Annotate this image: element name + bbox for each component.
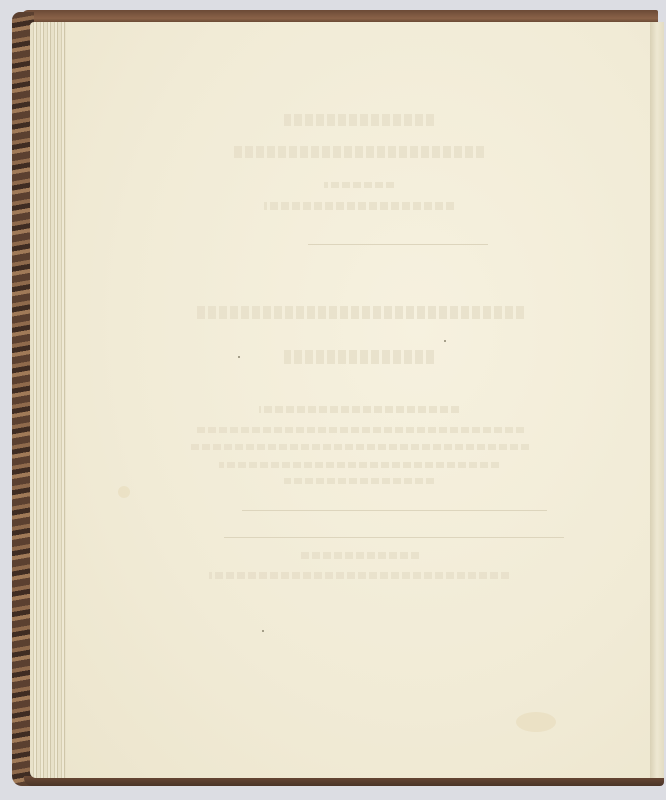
paper-speck [262, 630, 264, 632]
page-right-edge [650, 22, 664, 778]
show-through-author [66, 202, 652, 210]
show-through-line [66, 478, 652, 484]
show-through-line [66, 406, 652, 413]
show-through-imprint [66, 552, 652, 559]
paper-speck [238, 356, 240, 358]
show-through-line [66, 444, 652, 450]
show-through-divider [224, 537, 564, 538]
paper-speck [444, 340, 446, 342]
show-through-imprint [66, 572, 652, 579]
show-through-subtitle [66, 182, 652, 188]
foxing-stain [118, 486, 130, 498]
blank-page [66, 22, 652, 778]
page-block-edges [30, 22, 70, 778]
show-through-large-heading [66, 350, 652, 364]
show-through-heading [66, 306, 652, 319]
show-through-divider [308, 244, 488, 245]
show-through-line [66, 462, 652, 468]
show-through-title-2 [66, 146, 652, 158]
show-through-line [66, 427, 652, 433]
show-through-title-1 [66, 114, 652, 126]
book [0, 0, 666, 800]
show-through-divider [242, 510, 547, 511]
foxing-stain [516, 712, 556, 732]
